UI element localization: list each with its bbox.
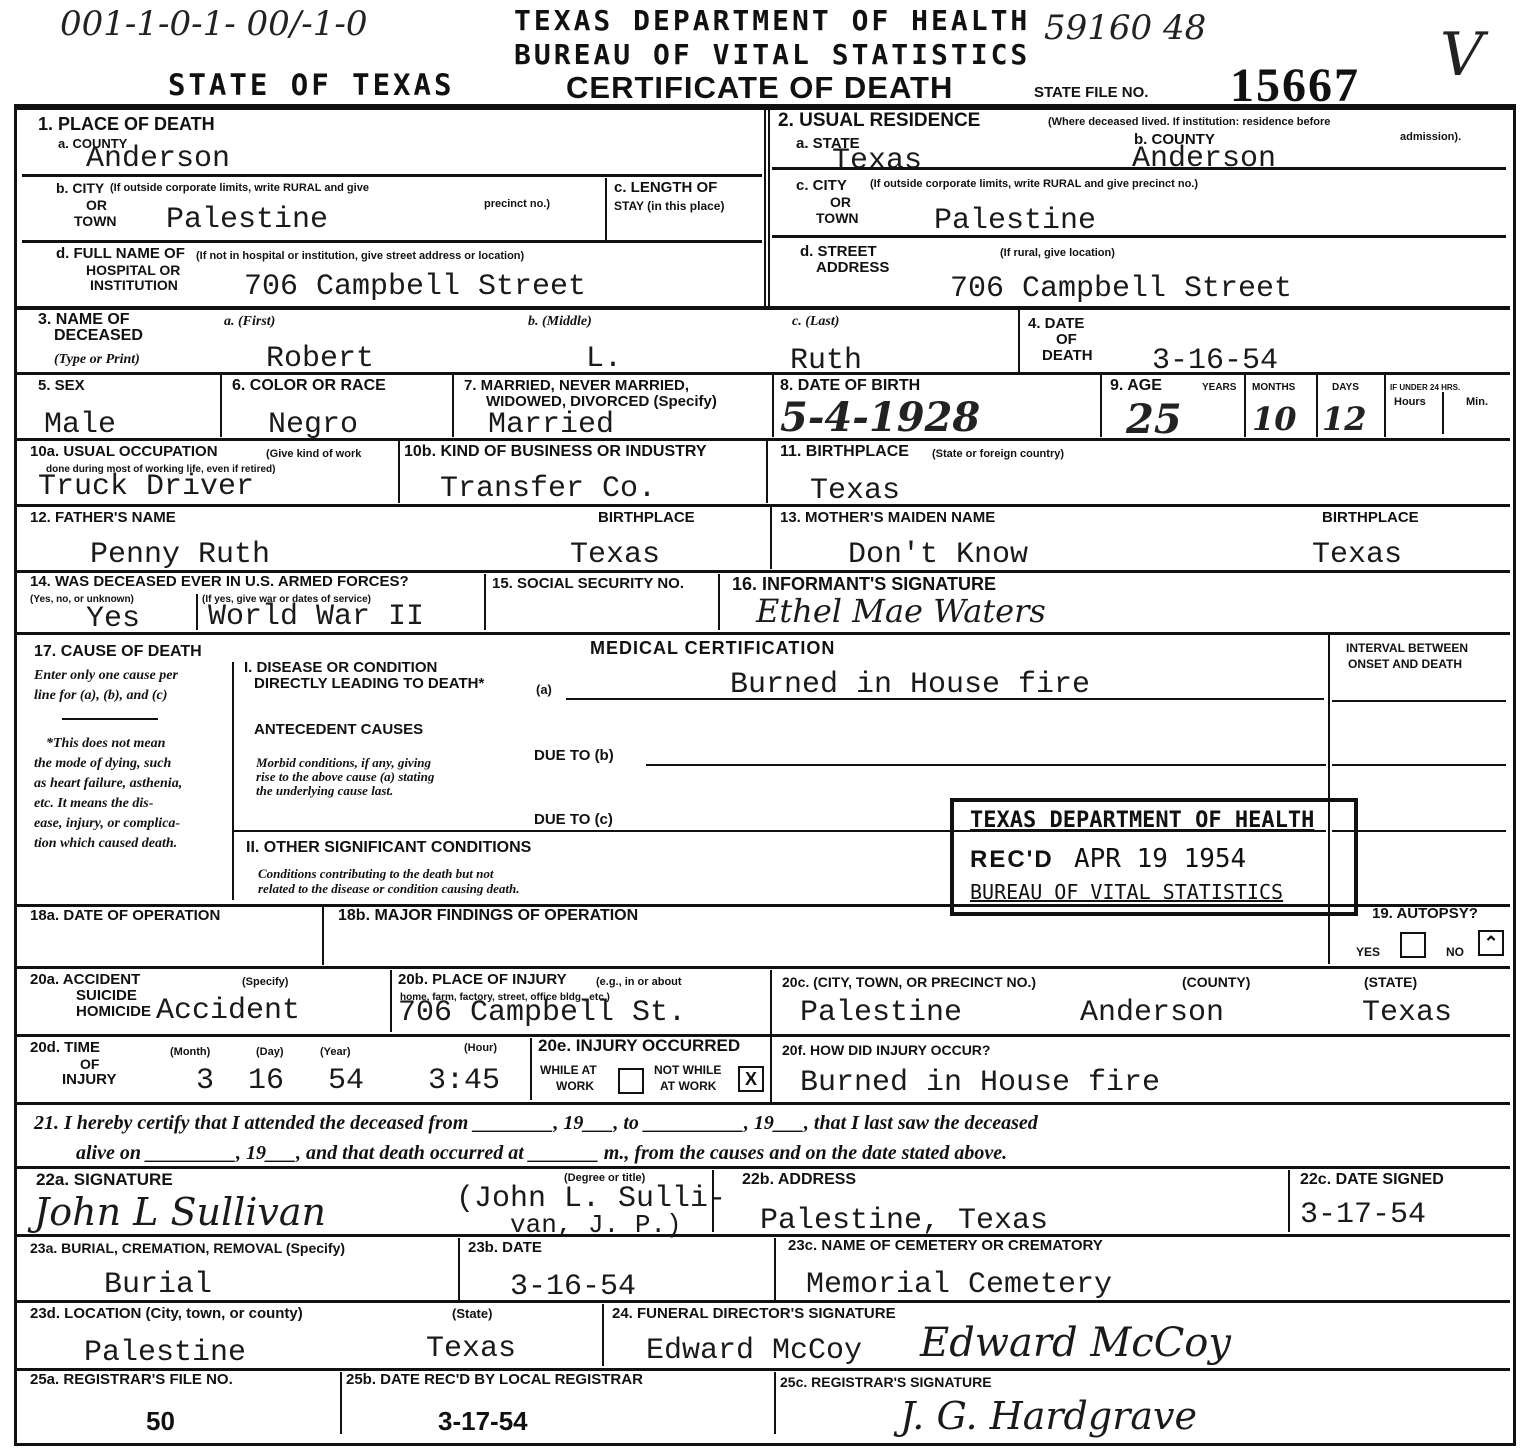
burial-type-label: 23a. BURIAL, CREMATION, REMOVAL (Specify… — [30, 1242, 345, 1254]
cemetery-label: 23c. NAME OF CEMETERY OR CREMATORY — [788, 1240, 1103, 1252]
birthplace-note: (State or foreign country) — [932, 448, 1064, 460]
cause-a-value: Burned in House fire — [730, 670, 1090, 700]
injury-type-specify: (Specify) — [242, 976, 288, 988]
hospital-value: 706 Campbell Street — [244, 272, 586, 302]
date-of-birth-value: 5-4-1928 — [780, 394, 980, 441]
name-label2: DECEASED — [54, 330, 143, 342]
age-days-value: 12 — [1322, 400, 1367, 438]
father-birthplace-label: BIRTHPLACE — [598, 512, 695, 524]
middle-name-label: b. (Middle) — [528, 314, 592, 330]
at-work-label2: WORK — [556, 1080, 594, 1092]
usual-residence-label: 2. USUAL RESIDENCE — [778, 113, 980, 129]
ssn-label: 15. SOCIAL SECURITY NO. — [492, 578, 684, 590]
marital-label: 7. MARRIED, NEVER MARRIED, — [464, 380, 689, 392]
handwritten-ref-left: 001-1-0-1- 00/-1-0 — [60, 4, 368, 44]
hospital-note: (If not in hospital or institution, give… — [196, 250, 524, 262]
burial-state-value: Texas — [426, 1334, 516, 1364]
hospital-label2: HOSPITAL OR — [86, 264, 180, 276]
residence-town-label: TOWN — [816, 212, 859, 224]
hospital-label3: INSTITUTION — [90, 279, 178, 291]
occupation-value: Truck Driver — [38, 472, 254, 502]
death-city-value: Palestine — [166, 205, 328, 235]
town-label: TOWN — [74, 215, 117, 227]
sex-label: 5. SEX — [38, 380, 85, 392]
part1-label: I. DISEASE OR CONDITION — [244, 662, 437, 674]
registrar-signature: J. G. Hardgrave — [900, 1394, 1197, 1438]
medical-certification-heading: MEDICAL CERTIFICATION — [590, 640, 835, 656]
cemetery-value: Memorial Cemetery — [806, 1270, 1112, 1300]
city-label: b. CITY — [56, 182, 104, 194]
how-injury-value: Burned in House fire — [800, 1068, 1160, 1098]
date-of-death-label3: DEATH — [1042, 350, 1093, 362]
sex-value: Male — [44, 410, 116, 440]
residence-note2: admission). — [1400, 131, 1461, 143]
father-birthplace-value: Texas — [570, 540, 660, 570]
place-of-death-label: 1. PLACE OF DEATH — [38, 116, 215, 132]
not-at-work-checkbox[interactable]: X — [738, 1066, 764, 1092]
injury-type-label: 20a. ACCIDENT — [30, 974, 140, 986]
marital-value: Married — [488, 410, 614, 440]
occupation-note: (Give kind of work — [266, 448, 361, 460]
part2-label: II. OTHER SIGNIFICANT CONDITIONS — [246, 842, 531, 854]
operation-date-label: 18a. DATE OF OPERATION — [30, 910, 220, 922]
birthplace-value: Texas — [810, 476, 900, 506]
hour-label: (Hour) — [464, 1042, 497, 1054]
injury-year-value: 54 — [328, 1066, 364, 1096]
operation-findings-label: 18b. MAJOR FINDINGS OF OPERATION — [338, 910, 638, 922]
race-value: Negro — [268, 410, 358, 440]
not-at-work-label: NOT WHILE — [654, 1064, 721, 1076]
industry-value: Transfer Co. — [440, 474, 656, 504]
burial-state-label: (State) — [452, 1308, 492, 1320]
due-to-c-label: DUE TO (c) — [534, 814, 613, 826]
last-name-label: c. (Last) — [792, 314, 839, 330]
handwritten-ref-right: 59160 48 — [1044, 8, 1206, 48]
registrar-date-label: 25b. DATE REC'D BY LOCAL REGISTRAR — [346, 1374, 643, 1386]
burial-location-value: Palestine — [84, 1338, 246, 1368]
funeral-director-label: 24. FUNERAL DIRECTOR'S SIGNATURE — [612, 1308, 896, 1320]
address-value: Palestine, Texas — [760, 1206, 1048, 1236]
autopsy-yes-label: YES — [1356, 946, 1380, 958]
minutes-label: Min. — [1466, 396, 1488, 408]
cause-note2: line for (a), (b), and (c) — [34, 688, 167, 704]
interval-label: INTERVAL BETWEEN — [1346, 642, 1468, 654]
informant-label: 16. INFORMANT'S SIGNATURE — [732, 576, 996, 592]
injury-county-label: (COUNTY) — [1182, 976, 1250, 988]
burial-type-value: Burial — [104, 1270, 212, 1300]
antecedent-causes-label: ANTECEDENT CAUSES — [254, 724, 423, 736]
injury-county-value: Anderson — [1080, 998, 1224, 1028]
dept-line2: BUREAU OF VITAL STATISTICS — [514, 38, 1030, 71]
residence-or-label: OR — [830, 196, 851, 208]
stamp-line3: BUREAU OF VITAL STATISTICS — [970, 880, 1283, 904]
cause-note1: Enter only one cause per — [34, 668, 178, 684]
hours-label: Hours — [1394, 396, 1426, 408]
mother-name-label: 13. MOTHER'S MAIDEN NAME — [780, 512, 995, 524]
part1-label2: DIRECTLY LEADING TO DEATH* — [254, 678, 484, 690]
cause-of-death-label: 17. CAUSE OF DEATH — [34, 646, 202, 658]
cause-a-label: (a) — [536, 684, 552, 696]
occupation-label: 10a. USUAL OCCUPATION — [30, 446, 218, 458]
city-note2: precinct no.) — [484, 198, 550, 210]
injury-state-label: (STATE) — [1364, 976, 1417, 988]
registrar-date-value: 3-17-54 — [438, 1406, 528, 1437]
first-name-value: Robert — [266, 344, 374, 374]
injury-type-value: Accident — [156, 996, 300, 1026]
injury-type-label3: HOMICIDE — [76, 1006, 151, 1018]
year-label: (Year) — [320, 1046, 351, 1058]
industry-label: 10b. KIND OF BUSINESS OR INDUSTRY — [404, 446, 707, 458]
injury-day-value: 16 — [248, 1066, 284, 1096]
mother-birthplace-value: Texas — [1312, 540, 1402, 570]
first-name-label: a. (First) — [224, 314, 275, 330]
burial-date-value: 3-16-54 — [510, 1272, 636, 1302]
at-work-checkbox[interactable] — [618, 1068, 644, 1094]
autopsy-no-checkbox[interactable]: ⌃ — [1478, 930, 1504, 956]
day-label: (Day) — [256, 1046, 284, 1058]
armed-forces-answer: Yes — [86, 604, 140, 634]
state-file-label: STATE FILE NO. — [1034, 84, 1148, 101]
cause-footnote: *This does not mean the mode of dying, s… — [34, 734, 182, 854]
residence-note: (Where deceased lived. If institution: r… — [1048, 116, 1330, 128]
armed-forces-label: 14. WAS DECEASED EVER IN U.S. ARMED FORC… — [30, 576, 409, 588]
street-note: (If rural, give location) — [1000, 247, 1115, 259]
physician-signature: John L Sullivan — [34, 1190, 326, 1234]
injury-state-value: Texas — [1362, 998, 1452, 1028]
autopsy-no-label: NO — [1446, 946, 1464, 958]
informant-signature: Ethel Mae Waters — [756, 592, 1046, 630]
stamp-received-date: APR 19 1954 — [1074, 844, 1246, 874]
injury-time-label3: INJURY — [62, 1074, 116, 1086]
residence-city-label: c. CITY — [796, 180, 847, 192]
injury-place-value: 706 Campbell St. — [398, 998, 686, 1028]
funeral-director-typed: Edward McCoy — [646, 1336, 862, 1366]
stamp-line1: TEXAS DEPARTMENT OF HEALTH — [970, 808, 1314, 833]
date-signed-value: 3-17-54 — [1300, 1200, 1426, 1230]
age-years-value: 25 — [1126, 396, 1182, 443]
father-name-value: Penny Ruth — [90, 540, 270, 570]
age-label: 9. AGE — [1110, 380, 1162, 392]
race-label: 6. COLOR OR RACE — [232, 380, 386, 392]
under-24-label: IF UNDER 24 HRS. — [1390, 382, 1460, 394]
funeral-director-signature: Edward McCoy — [920, 1320, 1231, 1366]
injury-occurred-label: 20e. INJURY OCCURRED — [538, 1040, 740, 1052]
certification-line2: alive on _________, 19___, and that deat… — [76, 1142, 1007, 1165]
date-signed-label: 22c. DATE SIGNED — [1300, 1174, 1444, 1186]
injury-place-note: (e.g., in or about — [596, 976, 682, 988]
burial-date-label: 23b. DATE — [468, 1242, 542, 1254]
injury-hour-value: 3:45 — [428, 1066, 500, 1096]
received-stamp: TEXAS DEPARTMENT OF HEALTH REC'D APR 19 … — [950, 798, 1358, 916]
death-county-value: Anderson — [86, 144, 230, 174]
residence-city-note: (If outside corporate limits, write RURA… — [870, 178, 1198, 190]
mother-name-value: Don't Know — [848, 540, 1028, 570]
street-label2: ADDRESS — [816, 262, 889, 274]
registrar-file-value: 50 — [146, 1406, 175, 1437]
or-label: OR — [86, 199, 107, 211]
street-label: d. STREET — [800, 246, 877, 258]
part2-note: Conditions contributing to the death but… — [258, 866, 519, 896]
injury-city-value: Palestine — [800, 998, 962, 1028]
father-name-label: 12. FATHER'S NAME — [30, 512, 176, 524]
stamp-line2-prefix: REC'D — [970, 846, 1054, 874]
interval-label2: ONSET AND DEATH — [1348, 658, 1462, 670]
date-of-death-label: 4. DATE — [1028, 318, 1084, 330]
due-to-b-label: DUE TO (b) — [534, 750, 614, 762]
injury-location-label: 20c. (CITY, TOWN, OR PRECINCT NO.) — [782, 976, 1036, 988]
length-of-stay-label: c. LENGTH OF — [614, 182, 717, 194]
birthplace-label: 11. BIRTHPLACE — [780, 446, 909, 458]
antecedent-note: Morbid conditions, if any, giving rise t… — [256, 756, 434, 798]
name-label3: (Type or Print) — [54, 352, 140, 368]
burial-location-label: 23d. LOCATION (City, town, or county) — [30, 1308, 303, 1320]
name-label: 3. NAME OF — [38, 314, 130, 326]
injury-place-label: 20b. PLACE OF INJURY — [398, 974, 567, 986]
residence-street-value: 706 Campbell Street — [950, 274, 1292, 304]
injury-time-label: 20d. TIME — [30, 1042, 100, 1054]
residence-state-value: Texas — [832, 146, 922, 176]
not-at-work-label2: AT WORK — [660, 1080, 716, 1092]
autopsy-label: 19. AUTOPSY? — [1372, 908, 1478, 920]
mother-birthplace-label: BIRTHPLACE — [1322, 512, 1419, 524]
city-note: (If outside corporate limits, write RURA… — [110, 182, 369, 194]
at-work-label: WHILE AT — [540, 1064, 597, 1076]
length-of-stay-label2: STAY (in this place) — [614, 200, 724, 212]
registrar-file-label: 25a. REGISTRAR'S FILE NO. — [30, 1374, 233, 1386]
certification-line1: 21. I hereby certify that I attended the… — [34, 1112, 1038, 1135]
certificate-title: CERTIFICATE OF DEATH — [566, 70, 953, 106]
residence-city-value: Palestine — [934, 206, 1096, 236]
marital-label2: WIDOWED, DIVORCED (Specify) — [486, 396, 717, 408]
state-title: STATE OF TEXAS — [168, 68, 454, 102]
injury-month-value: 3 — [196, 1066, 214, 1096]
address-label: 22b. ADDRESS — [742, 1174, 856, 1186]
date-of-death-label2: OF — [1056, 334, 1077, 346]
age-months-label: MONTHS — [1252, 382, 1295, 394]
age-months-value: 10 — [1252, 400, 1297, 438]
date-of-birth-label: 8. DATE OF BIRTH — [780, 380, 920, 392]
armed-forces-war: World War II — [208, 602, 424, 632]
autopsy-yes-checkbox[interactable] — [1400, 932, 1426, 958]
signature-label: 22a. SIGNATURE — [36, 1174, 173, 1186]
injury-type-label2: SUICIDE — [76, 990, 137, 1002]
month-label: (Month) — [170, 1046, 210, 1058]
hospital-label: d. FULL NAME OF — [56, 248, 185, 260]
dept-line1: TEXAS DEPARTMENT OF HEALTH — [514, 4, 1030, 37]
how-injury-label: 20f. HOW DID INJURY OCCUR? — [782, 1044, 990, 1056]
injury-time-label2: OF — [80, 1058, 99, 1070]
check-mark: V — [1440, 20, 1483, 90]
age-years-label: YEARS — [1202, 382, 1236, 394]
middle-name-value: L. — [586, 344, 622, 374]
registrar-signature-label: 25c. REGISTRAR'S SIGNATURE — [780, 1376, 992, 1388]
age-days-label: DAYS — [1332, 382, 1359, 394]
